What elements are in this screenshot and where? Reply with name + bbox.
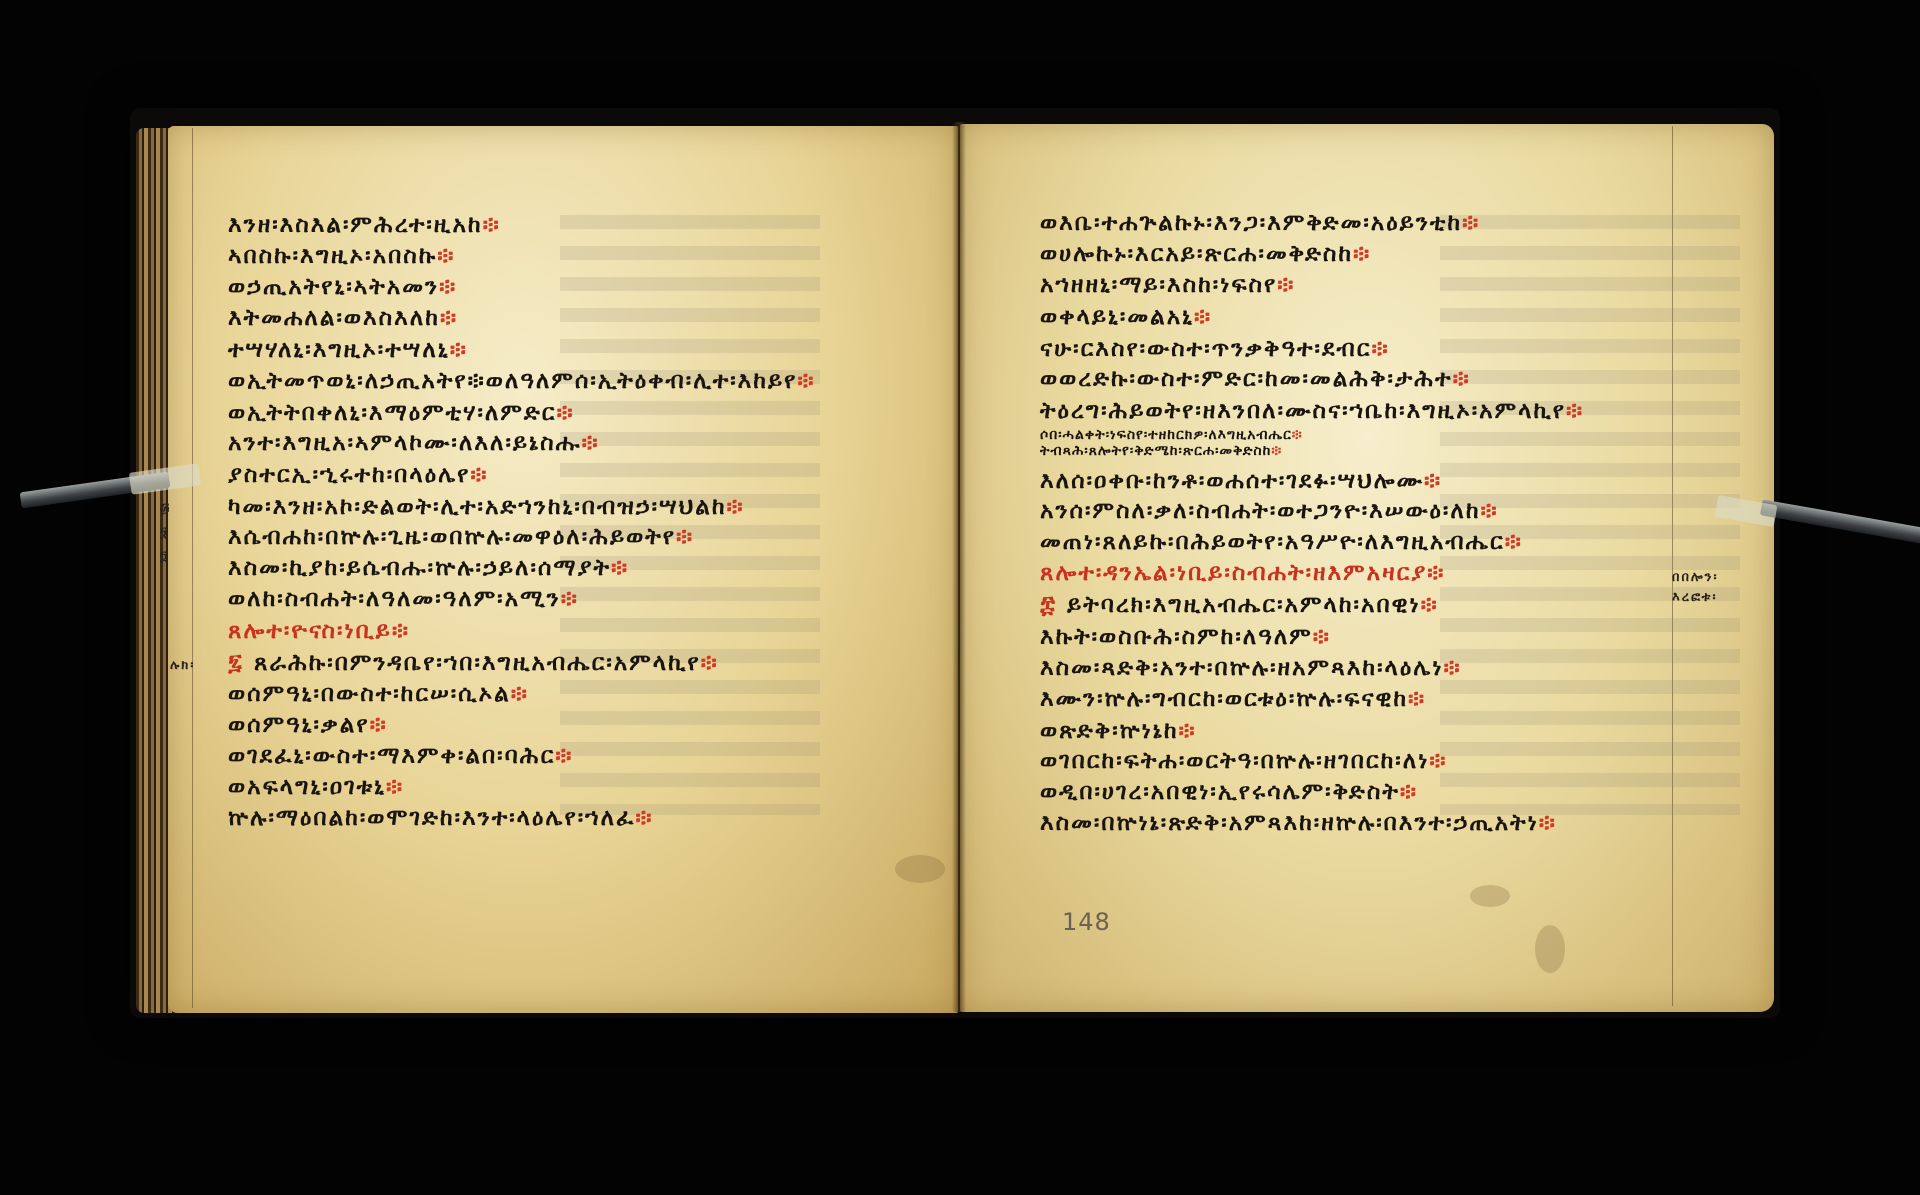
- line-text: ወዲበ፡ሀገረ፡አበዊነ፡ኢየሩሳሌም፡ቅድስት: [1040, 779, 1400, 805]
- manuscript-line: መጠነ፡ጸለይኩ፡በሕይወትየ፡አዓሥዮ፡ለእግዚአብሔር፨: [1040, 529, 1523, 555]
- manuscript-line: ፯ ጸራሕኩ፡በምንዳቤየ፡ኀበ፡እግዚአብሔር፡አምላኪየ፨: [228, 650, 719, 676]
- red-punctuation-icon: ፨: [1424, 468, 1442, 494]
- red-punctuation-icon: ፨: [611, 555, 629, 581]
- line-text: ሶበ፡ሓልቀት፡ነፍስየ፡ተዘከርክዎ፡ለእግዚአብሔር: [1040, 427, 1292, 443]
- red-punctuation-icon: ፨: [1277, 272, 1295, 298]
- line-text: ኵሉ፡ማዕበልከ፡ወሞገድከ፡እንተ፡ላዕሌየ፡ኀለፈ: [228, 805, 635, 831]
- line-text: ወሰምዓኒ፡በውስተ፡ከርሠ፡ሲኦል: [228, 681, 511, 707]
- manuscript-line: እስመ፡ኪያከ፡ይሴብሑ፡ኵሉ፡ኃይለ፡ሰማያት፨: [228, 555, 629, 581]
- manuscript-line: እሙን፡ኵሉ፡ግብርከ፡ወርቱዕ፡ኵሉ፡ፍናዊከ፨: [1040, 686, 1426, 712]
- manuscript-line: ኵሉ፡ማዕበልከ፡ወሞገድከ፡እንተ፡ላዕሌየ፡ኀለፈ፨: [228, 805, 654, 831]
- red-punctuation-icon: ፨: [1505, 529, 1523, 555]
- red-punctuation-icon: ፨: [450, 337, 468, 363]
- manuscript-line: እስመ፡ጻድቅ፡አንተ፡በኵሉ፡ዘአምጻእከ፡ላዕሌነ፨: [1040, 655, 1462, 681]
- red-punctuation-icon: ፨: [470, 462, 488, 488]
- line-text: ያስተርኢ፡ኂሩተከ፡በላዕሌየ: [228, 462, 470, 488]
- page-weight-rod-right: [1760, 499, 1920, 544]
- line-text: ኣበስኩ፡እግዚኦ፡አበስኩ: [228, 243, 437, 269]
- line-text: ትብጻሕ፡ጸሎትየ፡ቅድሜከ፡ጽርሐ፡መቅድስከ: [1040, 443, 1271, 459]
- book-gutter: [952, 122, 966, 1012]
- red-punctuation-icon: ፨: [437, 243, 455, 269]
- manuscript-line: እሴብሐከ፡በኵሉ፡ጊዜ፡ወበኵሉ፡መዋዕለ፡ሕይወትየ፨: [228, 524, 694, 550]
- line-text: እኩት፡ወስቡሕ፡ስምከ፡ለዓለም: [1040, 624, 1313, 650]
- line-text: እንዘ፡እስእል፡ምሕረተ፡ዚአከ: [228, 212, 483, 238]
- line-text: ተሣሃለኒ፡እግዚኦ፡ተሣለኒ: [228, 337, 450, 363]
- manuscript-line: ወኃጢአትየኒ፡ኣትአመን፨: [228, 274, 457, 300]
- margin-note-line: እረፎቱ፡: [1672, 588, 1719, 608]
- line-text: እስመ፡በኵነኔ፡ጽድቅ፡አምጻእከ፡ዘኵሉ፡በእንተ፡ኃጢአትነ: [1040, 810, 1539, 836]
- red-punctuation-icon: ፨: [1353, 241, 1371, 267]
- manuscript-line: ካመ፡እንዘ፡አኮ፡ድልወት፡ሊተ፡አድኀንከኒ፡በብዝኃ፡ሣህልከ፨: [228, 494, 745, 520]
- section-numeral: ፯: [228, 650, 254, 676]
- manuscript-photo: እንዘ፡እስእል፡ምሕረተ፡ዚአከ፨ኣበስኩ፡እግዚኦ፡አበስኩ፨ወኃጢአትየኒ…: [0, 0, 1920, 1195]
- red-punctuation-icon: ፨: [556, 400, 574, 426]
- line-text: ወኢትትበቀለኒ፡እማዕምቲሃ፡ለምድር: [228, 400, 556, 426]
- manuscript-line: ትብጻሕ፡ጸሎትየ፡ቅድሜከ፡ጽርሐ፡መቅድስከ፨: [1040, 443, 1282, 459]
- red-punctuation-icon: ፨: [1292, 427, 1303, 443]
- red-punctuation-icon: ፨: [370, 712, 388, 738]
- line-text: ወሰምዓኒ፡ቃልየ: [228, 712, 370, 738]
- line-text: እስመ፡ኪያከ፡ይሴብሑ፡ኵሉ፡ኃይለ፡ሰማያት: [228, 555, 611, 581]
- margin-number: ፺: [160, 521, 171, 545]
- manuscript-line: ናሁ፡ርእስየ፡ውስተ፡ጥንቃቅዓተ፡ደብር፨: [1040, 336, 1390, 362]
- manuscript-line: ወሰምዓኒ፡ቃልየ፨: [228, 712, 388, 738]
- line-text: ጸሎተ፡ዮናስ፡ነቢይ: [228, 618, 392, 644]
- rubric-heading: ጸሎተ፡ዳንኤል፡ነቢይ፡ስብሐት፡ዘእምአዛርያ፨: [1040, 560, 1445, 586]
- manuscript-line: ወእቤ፡ተሐጕልኩኑ፡እንጋ፡እምቅድመ፡አዕይንቲከ፨: [1040, 210, 1480, 236]
- manuscript-line: አንሰ፡ምስለ፡ቃለ፡ስብሐት፡ወተጋንዮ፡እሠውዕ፡ለከ፨: [1040, 498, 1499, 524]
- red-punctuation-icon: ፨: [440, 305, 458, 331]
- red-punctuation-icon: ፨: [1372, 336, 1390, 362]
- line-text: ወአፍላግኒ፡ዐገቱኒ: [228, 774, 386, 800]
- stain: [895, 855, 945, 883]
- manuscript-line: ተሣሃለኒ፡እግዚኦ፡ተሣለኒ፨: [228, 337, 468, 363]
- red-punctuation-icon: ፨: [483, 212, 501, 238]
- margin-number: ፬: [160, 545, 171, 569]
- manuscript-line: እንዘ፡እስእል፡ምሕረተ፡ዚአከ፨: [228, 212, 501, 238]
- margin-number: ፴: [160, 497, 171, 521]
- red-punctuation-icon: ፨: [1313, 624, 1331, 650]
- red-punctuation-icon: ፨: [439, 274, 457, 300]
- red-punctuation-icon: ፨: [1271, 443, 1282, 459]
- manuscript-line: ወወረድኩ፡ውስተ፡ምድር፡ከመ፡መልሕቅ፡ታሕተ፨: [1040, 366, 1471, 392]
- manuscript-line: ወገበርከ፡ፍትሐ፡ወርትዓ፡በኵሉ፡ዘገበርከ፡ለነ፨: [1040, 748, 1448, 774]
- line-text: ወእቤ፡ተሐጕልኩኑ፡እንጋ፡እምቅድመ፡አዕይንቲከ: [1040, 210, 1462, 236]
- red-punctuation-icon: ፨: [386, 774, 404, 800]
- manuscript-line: ወገደፈኒ፡ውስተ፡ማእምቀ፡ልበ፡ባሕር፨: [228, 743, 573, 769]
- line-text: ናሁ፡ርእስየ፡ውስተ፡ጥንቃቅዓተ፡ደብር: [1040, 336, 1372, 362]
- red-punctuation-icon: ፨: [676, 524, 694, 550]
- section-numeral: ፰: [1040, 592, 1067, 618]
- manuscript-line: ትዕረግ፡ሕይወትየ፡ዘእንበለ፡ሙስና፡ኀቤከ፡እግዚኦ፡አምላኪየ፨: [1040, 398, 1584, 424]
- red-punctuation-icon: ፨: [1194, 304, 1212, 330]
- line-text: እሴብሐከ፡በኵሉ፡ጊዜ፡ወበኵሉ፡መዋዕለ፡ሕይወትየ: [228, 524, 676, 550]
- manuscript-line: ወኢትትበቀለኒ፡እማዕምቲሃ፡ለምድር፨: [228, 400, 575, 426]
- line-text: ካመ፡እንዘ፡አኮ፡ድልወት፡ሊተ፡አድኀንከኒ፡በብዝኃ፡ሣህልከ: [228, 494, 727, 520]
- line-text: እለሰ፡ዐቀቡ፡ከንቶ፡ወሐሰተ፡ገደፉ፡ሣህሎሙ: [1040, 468, 1424, 494]
- red-punctuation-icon: ፨: [582, 430, 600, 456]
- red-punctuation-icon: ፨: [1429, 748, 1447, 774]
- manuscript-line: ወለከ፡ስብሐት፡ለዓለመ፡ዓለም፡አሚን፨: [228, 586, 579, 612]
- red-punctuation-icon: ፨: [561, 586, 579, 612]
- rubric-heading: ጸሎተ፡ዮናስ፡ነቢይ፨: [228, 618, 410, 644]
- manuscript-line: ወሰምዓኒ፡በውስተ፡ከርሠ፡ሲኦል፨: [228, 681, 529, 707]
- red-punctuation-icon: ፨: [1179, 718, 1197, 744]
- line-text: ወጽድቅ፡ኵነኔከ: [1040, 718, 1179, 744]
- red-punctuation-icon: ፨: [1408, 686, 1426, 712]
- red-punctuation-icon: ፨: [392, 618, 410, 644]
- line-text: አንሰ፡ምስለ፡ቃለ፡ስብሐት፡ወተጋንዮ፡እሠውዕ፡ለከ: [1040, 498, 1481, 524]
- manuscript-line: ወኢትመጥወኒ፡ለኃጢአትየ፨ወለዓለምሰ፡ኢትዕቀብ፡ሊተ፡እከይየ፨: [228, 368, 816, 394]
- red-punctuation-icon: ፨: [511, 681, 529, 707]
- red-punctuation-icon: ፨: [1566, 398, 1584, 424]
- manuscript-line: ፰ ይትባረክ፡እግዚአብሔር፡አምላከ፡አበዊነ፨: [1040, 592, 1439, 618]
- manuscript-line: ያስተርኢ፡ኂሩተከ፡በላዕሌየ፨: [228, 462, 489, 488]
- line-text: ይትባረክ፡እግዚአብሔር፡አምላከ፡አበዊነ: [1067, 592, 1421, 618]
- left-margin-numbers: ፴ ፺ ፬: [160, 497, 171, 569]
- line-text: ወገበርከ፡ፍትሐ፡ወርትዓ፡በኵሉ፡ዘገበርከ፡ለነ: [1040, 748, 1429, 774]
- line-text: ወወረድኩ፡ውስተ፡ምድር፡ከመ፡መልሕቅ፡ታሕተ: [1040, 366, 1453, 392]
- manuscript-line: አኀዘዘኒ፡ማይ፡እስከ፡ነፍስየ፨: [1040, 272, 1295, 298]
- line-text: ወኃጢአትየኒ፡ኣትአመን: [228, 274, 439, 300]
- red-punctuation-icon: ፨: [1421, 592, 1439, 618]
- red-punctuation-icon: ፨: [1453, 366, 1471, 392]
- red-punctuation-icon: ፨: [797, 368, 815, 394]
- folio-number: 148: [1062, 908, 1111, 936]
- manuscript-line: ወጽድቅ፡ኵነኔከ፨: [1040, 718, 1197, 744]
- line-text: እስመ፡ጻድቅ፡አንተ፡በኵሉ፡ዘአምጻእከ፡ላዕሌነ: [1040, 655, 1444, 681]
- red-punctuation-icon: ፨: [1462, 210, 1480, 236]
- manuscript-line: ወቀላይኒ፡መልአኒ፨: [1040, 304, 1212, 330]
- left-margin-rule: [192, 128, 193, 1008]
- right-margin-note: በበሎን፡ እረፎቱ፡: [1672, 568, 1719, 608]
- red-punctuation-icon: ፨: [701, 650, 719, 676]
- red-punctuation-icon: ፨: [727, 494, 745, 520]
- line-text: እሙን፡ኵሉ፡ግብርከ፡ወርቱዕ፡ኵሉ፡ፍናዊከ: [1040, 686, 1408, 712]
- stain: [1470, 885, 1510, 907]
- manuscript-line: ወሀሎኩኑ፡እርአይ፡ጽርሐ፡መቅድስከ፨: [1040, 241, 1371, 267]
- red-punctuation-icon: ፨: [1444, 655, 1462, 681]
- line-text: ወሀሎኩኑ፡እርአይ፡ጽርሐ፡መቅድስከ: [1040, 241, 1353, 267]
- red-punctuation-icon: ፨: [1427, 560, 1445, 586]
- manuscript-line: እትመሐለል፡ወእስእለከ፨: [228, 305, 458, 331]
- line-text: ወኢትመጥወኒ፡ለኃጢአትየ፨ወለዓለምሰ፡ኢትዕቀብ፡ሊተ፡እከይየ: [228, 368, 797, 394]
- margin-note-line: በበሎን፡: [1672, 568, 1719, 588]
- line-text: ጸሎተ፡ዳንኤል፡ነቢይ፡ስብሐት፡ዘእምአዛርያ: [1040, 560, 1427, 586]
- stain: [1535, 925, 1565, 973]
- manuscript-line: አንተ፡እግዚአ፡ኣምላኮሙ፡ለእለ፡ይኔስሑ፨: [228, 430, 600, 456]
- line-text: ትዕረግ፡ሕይወትየ፡ዘእንበለ፡ሙስና፡ኀቤከ፡እግዚኦ፡አምላኪየ: [1040, 398, 1566, 424]
- red-punctuation-icon: ፨: [555, 743, 573, 769]
- manuscript-line: ሶበ፡ሓልቀት፡ነፍስየ፡ተዘከርክዎ፡ለእግዚአብሔር፨: [1040, 427, 1303, 443]
- manuscript-line: ኣበስኩ፡እግዚኦ፡አበስኩ፨: [228, 243, 455, 269]
- line-text: ወገደፈኒ፡ውስተ፡ማእምቀ፡ልበ፡ባሕር: [228, 743, 555, 769]
- red-punctuation-icon: ፨: [635, 805, 653, 831]
- red-punctuation-icon: ፨: [1481, 498, 1499, 524]
- red-punctuation-icon: ፨: [1400, 779, 1418, 805]
- left-margin-note: ሉክ፡: [170, 656, 195, 676]
- manuscript-line: እኩት፡ወስቡሕ፡ስምከ፡ለዓለም፨: [1040, 624, 1331, 650]
- line-text: መጠነ፡ጸለይኩ፡በሕይወትየ፡አዓሥዮ፡ለእግዚአብሔር: [1040, 529, 1505, 555]
- manuscript-line: ወአፍላግኒ፡ዐገቱኒ፨: [228, 774, 404, 800]
- manuscript-line: እስመ፡በኵነኔ፡ጽድቅ፡አምጻእከ፡ዘኵሉ፡በእንተ፡ኃጢአትነ፨: [1040, 810, 1557, 836]
- line-text: ጸራሕኩ፡በምንዳቤየ፡ኀበ፡እግዚአብሔር፡አምላኪየ: [254, 650, 701, 676]
- line-text: እትመሐለል፡ወእስእለከ: [228, 305, 440, 331]
- line-text: ወለከ፡ስብሐት፡ለዓለመ፡ዓለም፡አሚን: [228, 586, 561, 612]
- red-punctuation-icon: ፨: [1539, 810, 1557, 836]
- manuscript-line: እለሰ፡ዐቀቡ፡ከንቶ፡ወሐሰተ፡ገደፉ፡ሣህሎሙ፨: [1040, 468, 1442, 494]
- line-text: አኀዘዘኒ፡ማይ፡እስከ፡ነፍስየ: [1040, 272, 1277, 298]
- manuscript-line: ወዲበ፡ሀገረ፡አበዊነ፡ኢየሩሳሌም፡ቅድስት፨: [1040, 779, 1418, 805]
- line-text: አንተ፡እግዚአ፡ኣምላኮሙ፡ለእለ፡ይኔስሑ: [228, 430, 582, 456]
- line-text: ወቀላይኒ፡መልአኒ: [1040, 304, 1194, 330]
